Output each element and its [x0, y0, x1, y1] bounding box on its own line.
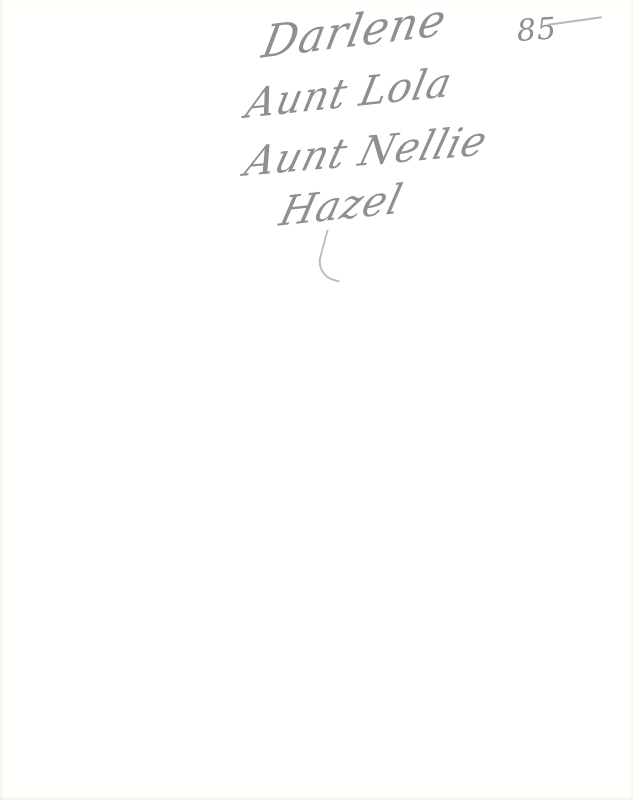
handwritten-name-hazel: Hazel: [275, 176, 407, 236]
handwritten-name-aunt-nellie: Aunt Nellie: [240, 118, 493, 186]
photo-back-page: Darlene 85 Aunt Lola Aunt Nellie Hazel: [0, 0, 633, 800]
pen-stroke-descender: [314, 229, 352, 282]
handwritten-name-aunt-lola: Aunt Lola: [242, 59, 456, 128]
handwritten-name-darlene: Darlene: [258, 0, 451, 69]
handwritten-year: 85: [516, 11, 559, 49]
